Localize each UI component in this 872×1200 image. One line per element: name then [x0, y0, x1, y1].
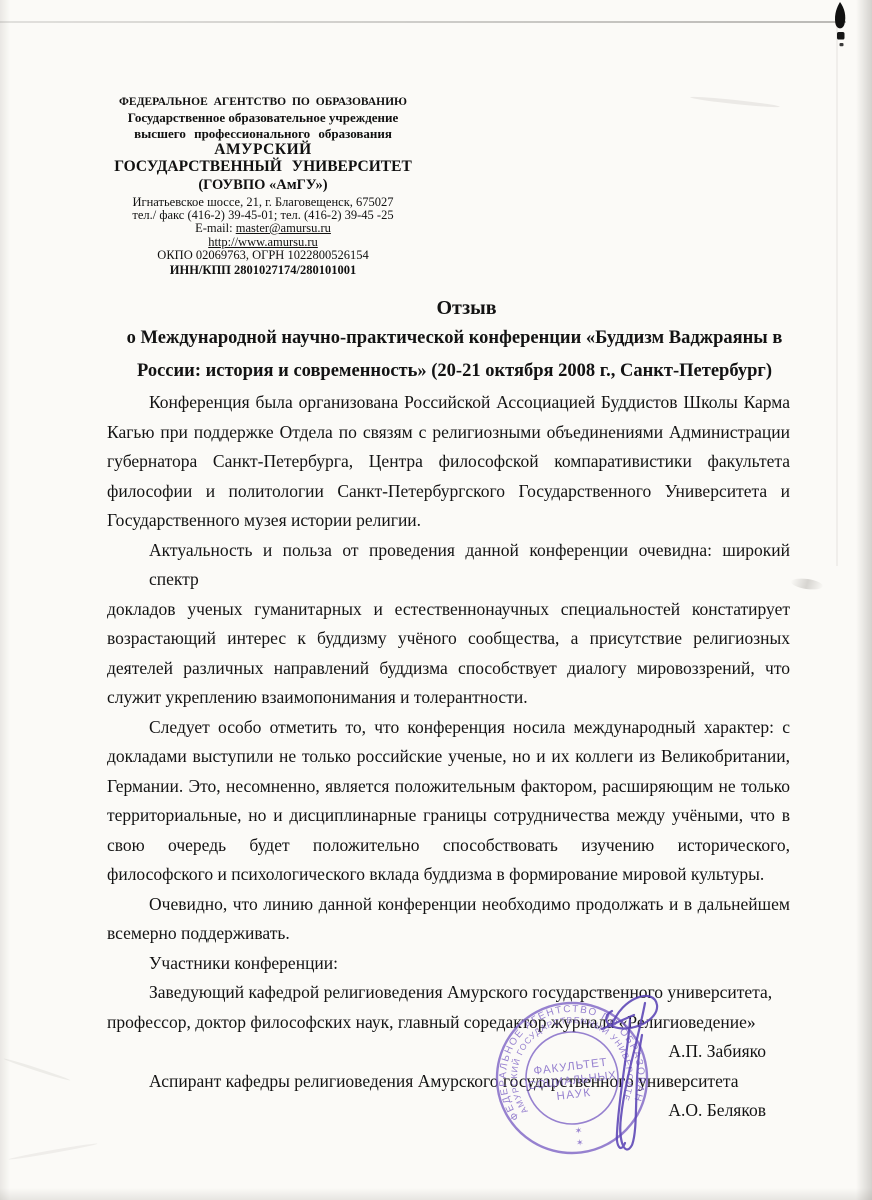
text-line: Актуальность и польза от проведения данн…: [107, 536, 790, 595]
scan-edge-shadow-bottom: [0, 1188, 872, 1200]
text-line: всемерно поддерживать.: [107, 919, 790, 949]
letterhead-university-line1: АМУРСКИЙ: [70, 142, 456, 159]
scan-edge-shadow-left: [0, 0, 10, 1200]
document-subtitle-line1: о Международной научно-практической конф…: [119, 322, 790, 355]
scan-crease: [836, 26, 838, 566]
text-line: Конференция была организована Российской…: [107, 388, 790, 418]
stamp-and-signature: ФЕДЕРАЛЬНОЕ АГЕНТСТВО ПО ОБРАЗОВАНИЮ АМУ…: [462, 975, 692, 1185]
paper-wrinkle: [690, 95, 780, 108]
document-subtitle-line2: России: история и современность» (20-21 …: [119, 355, 790, 388]
stamp-star-icon: ✶: [576, 1137, 585, 1148]
document-title: Отзыв: [131, 294, 802, 322]
text-line: Государственного музея истории религии.: [107, 506, 790, 536]
scan-fold-line: [0, 21, 846, 23]
letterhead-phone: тел./ факс (416-2) 39-45-01; тел. (416-2…: [70, 209, 456, 223]
letterhead-agency: ФЕДЕРАЛЬНОЕ АГЕНТСТВО ПО ОБРАЗОВАНИЮ: [70, 95, 456, 110]
text-line: докладами выступили не только российские…: [107, 742, 790, 772]
letterhead-university-line2: ГОСУДАРСТВЕННЫЙ УНИВЕРСИТЕТ: [70, 158, 456, 176]
text-line: свою очередь будет положительно способст…: [107, 831, 790, 861]
scan-edge-shadow-right: [856, 0, 872, 1200]
text-line: докладов ученых гуманитарных и естествен…: [107, 595, 790, 625]
letterhead-inn-kpp: ИНН/КПП 2801027174/280101001: [70, 263, 456, 277]
text-line: Очевидно, что линию данной конференции н…: [107, 890, 790, 920]
text-line: философии и политологии Санкт-Петербургс…: [107, 477, 790, 507]
paragraph-3: Следует особо отметить то, что конференц…: [107, 713, 790, 890]
text-line: служит укреплению взаимопонимания и толе…: [107, 683, 790, 713]
paper-wrinkle: [8, 1142, 97, 1161]
ink-blot-icon: [826, 1, 856, 51]
letterhead-website: http://www.amursu.ru: [70, 236, 456, 250]
letterhead-org-line2: высшего профессионального образования: [70, 126, 456, 142]
email-address: master@amursu.ru: [236, 221, 331, 235]
text-line: территориальные, но и дисциплинарные гра…: [107, 801, 790, 831]
text-line: губернатора Санкт-Петербурга, Центра фил…: [107, 447, 790, 477]
letterhead-org-line1: Государственное образовательное учрежден…: [70, 110, 456, 126]
text-line: Следует особо отметить то, что конференц…: [107, 713, 790, 743]
paragraph-1: Конференция была организована Российской…: [107, 388, 790, 536]
stamp-star-icon: ✶: [574, 1125, 583, 1136]
document-heading: Отзыв о Международной научно-практическо…: [107, 294, 790, 388]
letterhead: ФЕДЕРАЛЬНОЕ АГЕНТСТВО ПО ОБРАЗОВАНИЮ Гос…: [70, 95, 456, 277]
letterhead-okpo-ogrn: ОКПО 02069763, ОГРН 1022800526154: [70, 249, 456, 263]
text-line: Кагью при поддержке Отдела по связям с р…: [107, 418, 790, 448]
paragraph-2: Актуальность и польза от проведения данн…: [107, 536, 790, 713]
scanned-letter-page: { "colors": { "paper": "#fbfaf7", "text"…: [0, 0, 872, 1200]
text-line: философского и психологического вклада б…: [107, 860, 790, 890]
text-line: деятелей различных направлений буддизма …: [107, 654, 790, 684]
text-line: возрастающий интерес к буддизму учёного …: [107, 624, 790, 654]
text-line: Германии. Это, несомненно, является поло…: [107, 772, 790, 802]
email-label: E-mail:: [195, 221, 236, 235]
scan-smudge: [790, 577, 823, 591]
letterhead-abbrev: (ГОУВПО «АмГУ»): [70, 176, 456, 195]
stamp-center-line3: НАУК: [556, 1087, 592, 1103]
letterhead-address: Игнатьевское шоссе, 21, г. Благовещенск,…: [70, 195, 456, 209]
paragraph-4: Очевидно, что линию данной конференции н…: [107, 890, 790, 949]
letterhead-email-line: E-mail: master@amursu.ru: [70, 222, 456, 236]
paper-wrinkle: [3, 1057, 71, 1081]
paragraph-5: Участники конференции:: [107, 949, 790, 979]
